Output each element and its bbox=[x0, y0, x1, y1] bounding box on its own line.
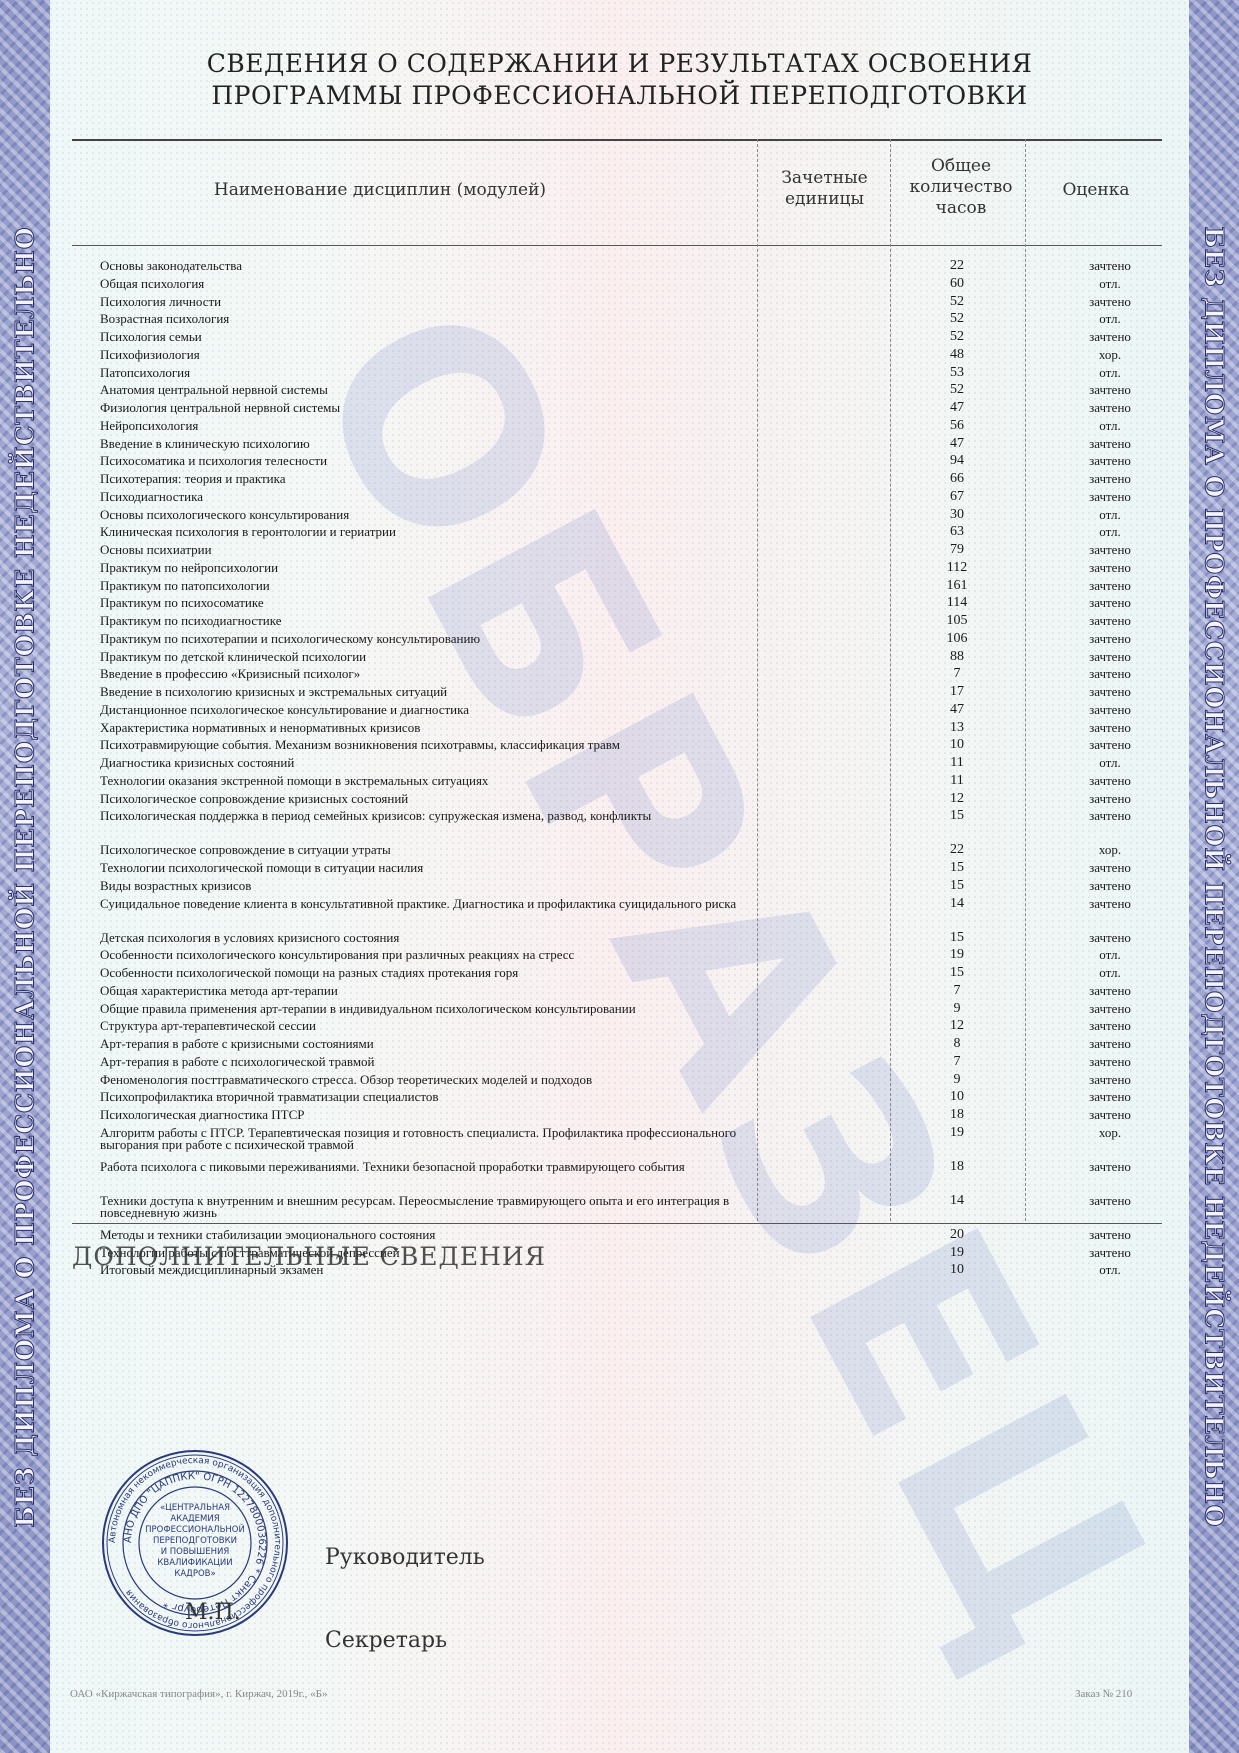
table-row: Практикум по психосоматике114зачтено bbox=[100, 597, 1170, 609]
table-row: Возрастная психология52отл. bbox=[100, 313, 1170, 325]
table-row: Основы законодательства22зачтено bbox=[100, 260, 1170, 272]
discipline-hours: 18 bbox=[937, 1161, 977, 1173]
svg-text:«ЦЕНТРАЛЬНАЯ: «ЦЕНТРАЛЬНАЯ bbox=[160, 1503, 230, 1513]
discipline-grade: отл. bbox=[1060, 313, 1160, 325]
discipline-grade: зачтено bbox=[1060, 1056, 1160, 1068]
discipline-grade: зачтено bbox=[1060, 722, 1160, 734]
discipline-name: Дистанционное психологическое консультир… bbox=[100, 704, 740, 716]
table-row: Дистанционное психологическое консультир… bbox=[100, 704, 1170, 716]
title-line-1: СВЕДЕНИЯ О СОДЕРЖАНИИ И РЕЗУЛЬТАТАХ ОСВО… bbox=[0, 48, 1239, 80]
header-discipline-name: Наименование дисциплин (модулей) bbox=[150, 180, 610, 201]
discipline-grade: отл. bbox=[1060, 509, 1160, 521]
header-credits: Зачетные единицы bbox=[772, 168, 877, 210]
table-row: Характеристика нормативных и ненормативн… bbox=[100, 722, 1170, 734]
discipline-grade: зачтено bbox=[1060, 1229, 1160, 1241]
discipline-name: Нейропсихология bbox=[100, 420, 740, 432]
discipline-name: Патопсихология bbox=[100, 367, 740, 379]
discipline-name: Техники доступа к внутренним и внешним р… bbox=[100, 1195, 740, 1219]
discipline-name: Основы психиатрии bbox=[100, 544, 740, 556]
discipline-hours: 19 bbox=[937, 1247, 977, 1259]
discipline-name: Возрастная психология bbox=[100, 313, 740, 325]
right-security-border: БЕЗ ДИПЛОМА О ПРОФЕССИОНАЛЬНОЙ ПЕРЕПОДГО… bbox=[1189, 0, 1239, 1753]
discipline-grade: зачтено bbox=[1060, 739, 1160, 751]
discipline-name: Практикум по нейропсихологии bbox=[100, 562, 740, 574]
svg-text:АКАДЕМИЯ: АКАДЕМИЯ bbox=[170, 1514, 219, 1524]
discipline-hours: 10 bbox=[937, 739, 977, 751]
table-row: Структура арт-терапевтической сессии12за… bbox=[100, 1020, 1170, 1032]
discipline-grade: зачтено bbox=[1060, 1038, 1160, 1050]
discipline-grade: зачтено bbox=[1060, 1195, 1160, 1207]
table-row: Практикум по психотерапии и психологичес… bbox=[100, 633, 1170, 645]
discipline-hours: 18 bbox=[937, 1109, 977, 1121]
discipline-hours: 52 bbox=[937, 331, 977, 343]
table-row: Психологическая поддержка в период семей… bbox=[100, 810, 1170, 834]
discipline-name: Психотравмирующие события. Механизм возн… bbox=[100, 739, 740, 751]
discipline-name: Суицидальное поведение клиента в консуль… bbox=[100, 898, 740, 910]
discipline-hours: 161 bbox=[937, 580, 977, 592]
discipline-name: Характеристика нормативных и ненормативн… bbox=[100, 722, 740, 734]
table-row: Общая психология60отл. bbox=[100, 278, 1170, 290]
table-row: Психосоматика и психология телесности94з… bbox=[100, 455, 1170, 467]
discipline-hours: 15 bbox=[937, 810, 977, 822]
discipline-grade: зачтено bbox=[1060, 438, 1160, 450]
discipline-grade: зачтено bbox=[1060, 473, 1160, 485]
discipline-grade: отл. bbox=[1060, 967, 1160, 979]
discipline-hours: 15 bbox=[937, 932, 977, 944]
discipline-grade: отл. bbox=[1060, 757, 1160, 769]
table-row: Диагностика кризисных состояний11отл. bbox=[100, 757, 1170, 769]
discipline-hours: 7 bbox=[937, 985, 977, 997]
discipline-name: Практикум по детской клинической психоло… bbox=[100, 651, 740, 663]
table-row: Клиническая психология в геронтологии и … bbox=[100, 526, 1170, 538]
discipline-hours: 19 bbox=[937, 1127, 977, 1139]
discipline-grade: зачтено bbox=[1060, 1161, 1160, 1173]
table-row: Арт-терапия в работе с кризисными состоя… bbox=[100, 1038, 1170, 1050]
table-row: Практикум по патопсихологии161зачтено bbox=[100, 580, 1170, 592]
discipline-hours: 94 bbox=[937, 455, 977, 467]
discipline-name: Психологическое сопровождение кризисных … bbox=[100, 793, 740, 805]
discipline-grade: зачтено bbox=[1060, 331, 1160, 343]
discipline-name: Феноменология посттравматического стресс… bbox=[100, 1074, 740, 1086]
discipline-name: Общие правила применения арт-терапии в и… bbox=[100, 1003, 740, 1015]
discipline-name: Клиническая психология в геронтологии и … bbox=[100, 526, 740, 538]
discipline-hours: 20 bbox=[937, 1229, 977, 1241]
discipline-grade: зачтено bbox=[1060, 668, 1160, 680]
table-row: Психология семьи52зачтено bbox=[100, 331, 1170, 343]
discipline-hours: 8 bbox=[937, 1038, 977, 1050]
table-row: Анатомия центральной нервной системы52за… bbox=[100, 384, 1170, 396]
discipline-grade: зачтено bbox=[1060, 491, 1160, 503]
discipline-name: Психодиагностика bbox=[100, 491, 740, 503]
header-divider bbox=[72, 245, 1162, 246]
table-row: Психологическая диагностика ПТСР18зачтен… bbox=[100, 1109, 1170, 1121]
table-row: Технологии оказания экстренной помощи в … bbox=[100, 775, 1170, 787]
discipline-grade: зачтено bbox=[1060, 686, 1160, 698]
discipline-grade: зачтено bbox=[1060, 880, 1160, 892]
discipline-hours: 47 bbox=[937, 402, 977, 414]
table-row: Нейропсихология56отл. bbox=[100, 420, 1170, 432]
discipline-name: Психопрофилактика вторичной травматизаци… bbox=[100, 1091, 740, 1103]
discipline-hours: 48 bbox=[937, 349, 977, 361]
table-row: Виды возрастных кризисов15зачтено bbox=[100, 880, 1170, 892]
discipline-name: Психологическая диагностика ПТСР bbox=[100, 1109, 740, 1121]
discipline-hours: 15 bbox=[937, 880, 977, 892]
discipline-grade: хор. bbox=[1060, 349, 1160, 361]
discipline-grade: зачтено bbox=[1060, 810, 1160, 822]
discipline-hours: 9 bbox=[937, 1003, 977, 1015]
discipline-name: Особенности психологического консультиро… bbox=[100, 949, 740, 961]
discipline-grade: зачтено bbox=[1060, 562, 1160, 574]
border-text-right: БЕЗ ДИПЛОМА О ПРОФЕССИОНАЛЬНОЙ ПЕРЕПОДГО… bbox=[1200, 226, 1229, 1527]
discipline-name: Детская психология в условиях кризисного… bbox=[100, 932, 740, 944]
discipline-hours: 67 bbox=[937, 491, 977, 503]
table-body: Основы законодательства22зачтеноОбщая пс… bbox=[100, 260, 1170, 1282]
table-row: Особенности психологической помощи на ра… bbox=[100, 967, 1170, 979]
header-hours: Общее количество часов bbox=[905, 156, 1017, 219]
discipline-grade: зачтено bbox=[1060, 775, 1160, 787]
discipline-name: Физиология центральной нервной системы bbox=[100, 402, 740, 414]
svg-text:КАДРОВ»: КАДРОВ» bbox=[174, 1569, 215, 1579]
discipline-grade: зачтено bbox=[1060, 1109, 1160, 1121]
discipline-grade: зачтено bbox=[1060, 402, 1160, 414]
secretary-label: Секретарь bbox=[325, 1628, 447, 1653]
table-row: Психофизиология48хор. bbox=[100, 349, 1170, 361]
discipline-name: Диагностика кризисных состояний bbox=[100, 757, 740, 769]
discipline-grade: зачтено bbox=[1060, 580, 1160, 592]
discipline-name: Работа психолога с пиковыми переживаниям… bbox=[100, 1161, 740, 1173]
discipline-name: Психофизиология bbox=[100, 349, 740, 361]
discipline-name: Технологии психологической помощи в ситу… bbox=[100, 862, 740, 874]
discipline-name: Алгоритм работы с ПТСР. Терапевтическая … bbox=[100, 1127, 740, 1151]
svg-text:КВАЛИФИКАЦИИ: КВАЛИФИКАЦИИ bbox=[157, 1558, 232, 1568]
discipline-name: Практикум по психотерапии и психологичес… bbox=[100, 633, 740, 645]
director-label: Руководитель bbox=[325, 1545, 485, 1570]
discipline-name: Психология семьи bbox=[100, 331, 740, 343]
discipline-grade: отл. bbox=[1060, 949, 1160, 961]
table-row: Психология личности52зачтено bbox=[100, 296, 1170, 308]
discipline-hours: 79 bbox=[937, 544, 977, 556]
discipline-grade: отл. bbox=[1060, 526, 1160, 538]
discipline-hours: 19 bbox=[937, 949, 977, 961]
discipline-hours: 105 bbox=[937, 615, 977, 627]
discipline-grade: зачтено bbox=[1060, 260, 1160, 272]
table-row: Психотерапия: теория и практика66зачтено bbox=[100, 473, 1170, 485]
discipline-grade: зачтено bbox=[1060, 1091, 1160, 1103]
table-row: Психологическое сопровождение кризисных … bbox=[100, 793, 1170, 805]
table-row: Общие правила применения арт-терапии в и… bbox=[100, 1003, 1170, 1015]
title-line-2: ПРОГРАММЫ ПРОФЕССИОНАЛЬНОЙ ПЕРЕПОДГОТОВК… bbox=[0, 80, 1239, 112]
discipline-grade: зачтено bbox=[1060, 1247, 1160, 1259]
table-row: Введение в психологию кризисных и экстре… bbox=[100, 686, 1170, 698]
discipline-name: Психологическое сопровождение в ситуации… bbox=[100, 844, 740, 856]
discipline-name: Арт-терапия в работе с психологической т… bbox=[100, 1056, 740, 1068]
discipline-name: Технологии оказания экстренной помощи в … bbox=[100, 775, 740, 787]
order-number: Заказ № 210 bbox=[1075, 1688, 1132, 1700]
table-row: Введение в профессию «Кризисный психолог… bbox=[100, 668, 1170, 680]
seal-label: М.П. bbox=[185, 1600, 241, 1625]
discipline-hours: 10 bbox=[937, 1264, 977, 1276]
discipline-hours: 11 bbox=[937, 775, 977, 787]
discipline-hours: 17 bbox=[937, 686, 977, 698]
discipline-hours: 9 bbox=[937, 1074, 977, 1086]
table-row: Методы и техники стабилизации эмоциональ… bbox=[100, 1229, 1170, 1241]
discipline-grade: зачтено bbox=[1060, 615, 1160, 627]
discipline-name: Виды возрастных кризисов bbox=[100, 880, 740, 892]
discipline-name: Основы законодательства bbox=[100, 260, 740, 272]
discipline-grade: зачтено bbox=[1060, 296, 1160, 308]
additional-info-heading: ДОПОЛНИТЕЛЬНЫЕ СВЕДЕНИЯ bbox=[72, 1242, 546, 1271]
discipline-hours: 22 bbox=[937, 260, 977, 272]
discipline-name: Общая характеристика метода арт-терапии bbox=[100, 985, 740, 997]
table-row: Техники доступа к внутренним и внешним р… bbox=[100, 1195, 1170, 1219]
discipline-hours: 14 bbox=[937, 1195, 977, 1207]
discipline-name: Введение в клиническую психологию bbox=[100, 438, 740, 450]
table-row: Технологии психологической помощи в ситу… bbox=[100, 862, 1170, 874]
discipline-grade: зачтено bbox=[1060, 455, 1160, 467]
discipline-hours: 106 bbox=[937, 633, 977, 645]
discipline-name: Практикум по психосоматике bbox=[100, 597, 740, 609]
discipline-name: Введение в профессию «Кризисный психолог… bbox=[100, 668, 740, 680]
discipline-hours: 112 bbox=[937, 562, 977, 574]
discipline-name: Практикум по патопсихологии bbox=[100, 580, 740, 592]
discipline-grade: зачтено bbox=[1060, 793, 1160, 805]
discipline-name: Структура арт-терапевтической сессии bbox=[100, 1020, 740, 1032]
discipline-hours: 13 bbox=[937, 722, 977, 734]
table-row: Практикум по нейропсихологии112зачтено bbox=[100, 562, 1170, 574]
discipline-hours: 12 bbox=[937, 1020, 977, 1032]
discipline-hours: 11 bbox=[937, 757, 977, 769]
discipline-hours: 22 bbox=[937, 844, 977, 856]
discipline-hours: 66 bbox=[937, 473, 977, 485]
discipline-hours: 52 bbox=[937, 384, 977, 396]
discipline-hours: 52 bbox=[937, 296, 977, 308]
discipline-hours: 60 bbox=[937, 278, 977, 290]
table-row: Арт-терапия в работе с психологической т… bbox=[100, 1056, 1170, 1068]
discipline-name: Методы и техники стабилизации эмоциональ… bbox=[100, 1229, 740, 1241]
discipline-name: Психосоматика и психология телесности bbox=[100, 455, 740, 467]
table-row: Психологическое сопровождение в ситуации… bbox=[100, 844, 1170, 856]
discipline-grade: зачтено bbox=[1060, 932, 1160, 944]
border-text-left: БЕЗ ДИПЛОМА О ПРОФЕССИОНАЛЬНОЙ ПЕРЕПОДГО… bbox=[11, 226, 40, 1527]
discipline-grade: зачтено bbox=[1060, 651, 1160, 663]
discipline-grade: зачтено bbox=[1060, 384, 1160, 396]
table-row: Физиология центральной нервной системы47… bbox=[100, 402, 1170, 414]
discipline-grade: зачтено bbox=[1060, 898, 1160, 910]
table-row: Суицидальное поведение клиента в консуль… bbox=[100, 898, 1170, 922]
discipline-grade: зачтено bbox=[1060, 544, 1160, 556]
discipline-hours: 7 bbox=[937, 1056, 977, 1068]
table-row: Алгоритм работы с ПТСР. Терапевтическая … bbox=[100, 1127, 1170, 1151]
table-row: Практикум по детской клинической психоло… bbox=[100, 651, 1170, 663]
discipline-hours: 53 bbox=[937, 367, 977, 379]
table-row: Особенности психологического консультиро… bbox=[100, 949, 1170, 961]
header-grade: Оценка bbox=[1040, 180, 1152, 201]
table-row: Основы психологического консультирования… bbox=[100, 509, 1170, 521]
discipline-name: Психологическая поддержка в период семей… bbox=[100, 810, 740, 822]
discipline-hours: 30 bbox=[937, 509, 977, 521]
discipline-grade: зачтено bbox=[1060, 1003, 1160, 1015]
table-row: Введение в клиническую психологию47зачте… bbox=[100, 438, 1170, 450]
discipline-name: Психотерапия: теория и практика bbox=[100, 473, 740, 485]
svg-text:И ПОВЫШЕНИЯ: И ПОВЫШЕНИЯ bbox=[161, 1547, 230, 1557]
discipline-name: Психология личности bbox=[100, 296, 740, 308]
table-row: Практикум по психодиагностике105зачтено bbox=[100, 615, 1170, 627]
printer-info: ОАО «Киржачская типография», г. Киржач, … bbox=[70, 1688, 328, 1700]
svg-text:ПРОФЕССИОНАЛЬНОЙ: ПРОФЕССИОНАЛЬНОЙ bbox=[145, 1523, 245, 1535]
svg-text:ПЕРЕПОДГОТОВКИ: ПЕРЕПОДГОТОВКИ bbox=[153, 1536, 237, 1546]
discipline-hours: 56 bbox=[937, 420, 977, 432]
table-row: Общая характеристика метода арт-терапии7… bbox=[100, 985, 1170, 997]
discipline-hours: 47 bbox=[937, 704, 977, 716]
table-row: Феноменология посттравматического стресс… bbox=[100, 1074, 1170, 1086]
discipline-hours: 7 bbox=[937, 668, 977, 680]
discipline-name: Арт-терапия в работе с кризисными состоя… bbox=[100, 1038, 740, 1050]
discipline-grade: хор. bbox=[1060, 1127, 1160, 1139]
table-row: Детская психология в условиях кризисного… bbox=[100, 932, 1170, 944]
discipline-hours: 14 bbox=[937, 898, 977, 910]
table-row: Основы психиатрии79зачтено bbox=[100, 544, 1170, 556]
discipline-hours: 63 bbox=[937, 526, 977, 538]
table-row: Работа психолога с пиковыми переживаниям… bbox=[100, 1161, 1170, 1185]
discipline-grade: зачтено bbox=[1060, 985, 1160, 997]
table-row: Патопсихология53отл. bbox=[100, 367, 1170, 379]
table-row: Психопрофилактика вторичной травматизаци… bbox=[100, 1091, 1170, 1103]
discipline-hours: 52 bbox=[937, 313, 977, 325]
discipline-hours: 88 bbox=[937, 651, 977, 663]
discipline-grade: хор. bbox=[1060, 844, 1160, 856]
discipline-name: Анатомия центральной нервной системы bbox=[100, 384, 740, 396]
discipline-grade: отл. bbox=[1060, 278, 1160, 290]
discipline-grade: зачтено bbox=[1060, 597, 1160, 609]
left-security-border: БЕЗ ДИПЛОМА О ПРОФЕССИОНАЛЬНОЙ ПЕРЕПОДГО… bbox=[0, 0, 50, 1753]
discipline-grade: зачтено bbox=[1060, 1074, 1160, 1086]
discipline-grade: зачтено bbox=[1060, 1020, 1160, 1032]
table-row: Психотравмирующие события. Механизм возн… bbox=[100, 739, 1170, 751]
discipline-name: Общая психология bbox=[100, 278, 740, 290]
discipline-name: Основы психологического консультирования bbox=[100, 509, 740, 521]
discipline-grade: зачтено bbox=[1060, 862, 1160, 874]
discipline-hours: 12 bbox=[937, 793, 977, 805]
discipline-grade: отл. bbox=[1060, 1264, 1160, 1276]
discipline-grade: отл. bbox=[1060, 420, 1160, 432]
discipline-grade: отл. bbox=[1060, 367, 1160, 379]
discipline-grade: зачтено bbox=[1060, 704, 1160, 716]
discipline-name: Особенности психологической помощи на ра… bbox=[100, 967, 740, 979]
discipline-hours: 114 bbox=[937, 597, 977, 609]
discipline-grade: зачтено bbox=[1060, 633, 1160, 645]
discipline-name: Практикум по психодиагностике bbox=[100, 615, 740, 627]
discipline-hours: 15 bbox=[937, 967, 977, 979]
page-title: СВЕДЕНИЯ О СОДЕРЖАНИИ И РЕЗУЛЬТАТАХ ОСВО… bbox=[0, 48, 1239, 112]
discipline-hours: 15 bbox=[937, 862, 977, 874]
discipline-name: Введение в психологию кризисных и экстре… bbox=[100, 686, 740, 698]
table-row: Психодиагностика67зачтено bbox=[100, 491, 1170, 503]
discipline-hours: 10 bbox=[937, 1091, 977, 1103]
discipline-hours: 47 bbox=[937, 438, 977, 450]
